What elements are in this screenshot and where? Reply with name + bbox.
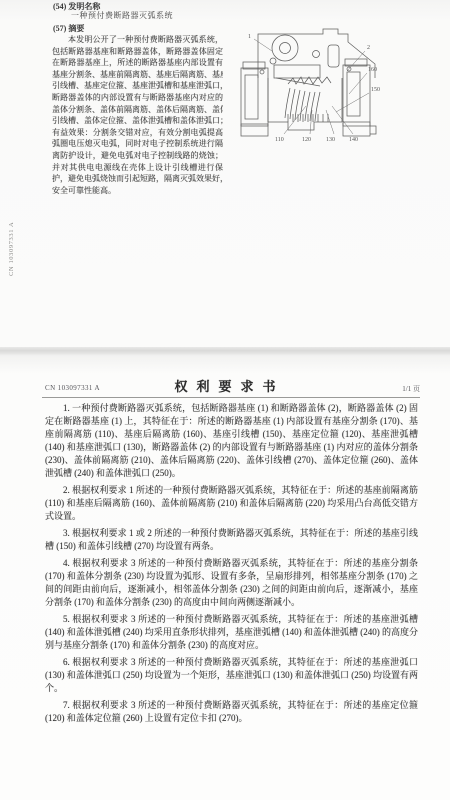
arc-splitter-plates [285,88,320,121]
solenoid-core [280,43,291,54]
leader-150 [336,93,369,112]
abstract-line: 离防护设计，避免电弧对电子控制线路的烧蚀； [52,150,223,162]
claim-6: 6. 根据权利要求 3 所述的一种预付费断路器灭弧系统，其特征在于：所述的基座泄… [45,656,418,695]
abstract-line: 护，避免电弧烧蚀而引起短路，隔离灭弧效果好， [52,173,223,185]
abstract-line: 引线槽、盖体定位箍、盖体泄弧槽和盖体泄弧口； [52,115,223,127]
claim-7: 7. 根据权利要求 3 所述的一种预付费断路器灭弧系统，其特征在于：所述的基座定… [45,699,418,725]
screw-detail [313,51,320,58]
figure-ref-2: 2 [367,45,370,51]
abstract-line: 弧圈电压熄灭电弧，同时对电子控制系统进行隔 [52,138,223,150]
abstract-line: 有益效果：分割条交错对应，有效分割电弧提高 [52,127,223,139]
top-slot [328,45,339,67]
right-foot [343,122,370,136]
page-indicator: 1/1 页 [402,384,420,394]
claims-title: 权利要求书 [0,376,450,395]
abstract-line: 安全可靠性能高。 [52,185,223,197]
abstract-line: 并对其供电电源线在壳体上设计引线槽进行保 [52,162,223,174]
left-terminal-cavity [245,75,258,119]
header-rule [42,397,420,398]
claim-2: 2. 根据权利要求 1 所述的一种预付费断路器灭弧系统，其特征在于：所述的基座前… [45,484,418,523]
screw-detail [260,70,264,74]
abstract-line: 包括断路器基座和断路器盖体，断路器盖体固定 [52,46,223,58]
claims-body: 1. 一种预付费断路器灭弧系统，包括断路器基座 (1) 和断路器盖体 (2)，断… [45,402,418,729]
inner-block [274,65,320,78]
leader-160 [349,73,367,94]
figure-ref-150: 150 [371,87,380,93]
field-57-label: (57) 摘要 [53,23,84,34]
claim-5: 5. 根据权利要求 3 所述的一种预付费断路器灭弧系统，其特征在于：所述的基座泄… [45,613,418,652]
contact-arm [276,78,320,86]
screw-detail [270,58,276,64]
abstract-line: 基座分割条、基座前隔离筋、基座后隔离筋、基座 [52,69,223,81]
abstract-text: 本发明公开了一种预付费断路器灭弧系统， 包括断路器基座和断路器盖体，断路器盖体固… [52,34,223,196]
vent-slots [288,114,328,122]
figure-ref-130: 130 [326,137,335,143]
body-sides [268,78,342,122]
abstract-line: 引线槽、基座定位箍、基座泄弧槽和基座泄弧口， [52,80,223,92]
leader-1 [254,39,272,51]
abstract-line: 本发明公开了一种预付费断路器灭弧系统， [52,34,223,46]
figure-ref-120: 120 [302,137,311,143]
din-rail-notch [268,122,342,130]
document-number-vertical: CN 103097331 A [8,206,15,276]
abstract-line: 盖体分割条、盖体前隔离筋、盖体后隔离筋、盖体 [52,104,223,116]
figure-ref-160: 160 [368,67,377,73]
leader-140 [332,106,353,134]
right-terminal-cavity [347,72,360,116]
abstract-line: 断路器盖体的内部设置有与断路器基座内对应的 [52,92,223,104]
page-separator [0,347,450,356]
abstract-page: CN 103097331 A (54) 发明名称 一种预付费断路器灭弧系统 (5… [0,0,450,348]
invention-title: 一种预付费断路器灭弧系统 [71,10,173,21]
claims-page-header: CN 103097331 A 权利要求书 1/1 页 [0,356,450,400]
solenoid-mechanism [272,35,298,61]
claim-3: 3. 根据权利要求 1 或 2 所述的一种预付费断路器灭弧系统，其特征在于：所述… [45,527,418,553]
claim-4: 4. 根据权利要求 3 所述的一种预付费断路器灭弧系统，其特征在于：所述的基座分… [45,557,418,609]
claims-page: CN 103097331 A 权利要求书 1/1 页 1. 一种预付费断路器灭弧… [0,356,450,800]
abstract-line: 在断路器基座上，所述的断路器基座内部设置有 [52,57,223,69]
patent-document-scan: CN 103097331 A (54) 发明名称 一种预付费断路器灭弧系统 (5… [0,0,450,800]
leader-2 [347,51,365,71]
figure-ref-140: 140 [349,137,358,143]
figure-ref-110: 110 [275,137,284,143]
claim-1: 1. 一种预付费断路器灭弧系统，包括断路器基座 (1) 和断路器盖体 (2)，断… [45,402,418,480]
housing-top-outline [258,29,375,78]
circuit-breaker-figure: 1 2 160 150 110 120 130 140 [228,18,450,186]
figure-ref-1-icon: 1 [248,34,251,40]
right-step [370,126,376,134]
